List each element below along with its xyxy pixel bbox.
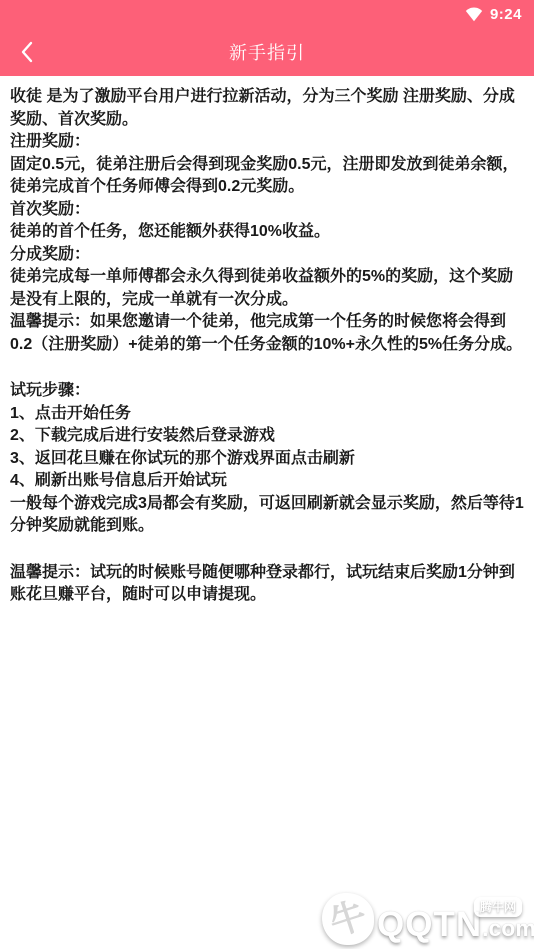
section-trial-tip: 温馨提示：试玩的时候账号随便哪种登录都行，试玩结束后奖励1分钟到账花旦赚平台，随… — [10, 562, 524, 607]
page-title: 新手指引 — [229, 39, 305, 65]
watermark-logo-glyph: 牛 — [325, 896, 370, 941]
paragraph: 徒弟完成每一单师傅都会永久得到徒弟收益额外的5%的奖励，这个奖励是没有上限的，完… — [10, 266, 524, 311]
paragraph: 1、点击开始任务 — [10, 403, 524, 426]
status-time: 9:24 — [490, 6, 522, 23]
paragraph: 一般每个游戏完成3局都会有奖励，可返回刷新就会显示奖励，然后等待1分钟奖励就能到… — [10, 493, 524, 538]
watermark: 牛 QQTN.com 腾牛网 — [320, 869, 534, 949]
guide-content: 收徒 是为了激励平台用户进行拉新活动，分为三个奖励 注册奖励、分成奖励、首次奖励… — [0, 76, 534, 607]
watermark-tld: .com — [482, 915, 534, 941]
paragraph: 分成奖励： — [10, 244, 524, 267]
paragraph: 3、返回花旦赚在你试玩的那个游戏界面点击刷新 — [10, 448, 524, 471]
nav-bar: 新手指引 — [0, 28, 534, 76]
watermark-site-name: QQTN — [377, 905, 482, 944]
watermark-badge: 腾牛网 — [474, 897, 522, 917]
section-invite-rewards: 收徒 是为了激励平台用户进行拉新活动，分为三个奖励 注册奖励、分成奖励、首次奖励… — [10, 86, 524, 356]
paragraph: 首次奖励： — [10, 199, 524, 222]
chevron-left-icon — [17, 39, 39, 65]
top-bar: 9:24 新手指引 — [0, 0, 534, 76]
watermark-text: QQTN.com — [377, 905, 534, 945]
paragraph: 收徒 是为了激励平台用户进行拉新活动，分为三个奖励 注册奖励、分成奖励、首次奖励… — [10, 86, 524, 131]
paragraph: 4、刷新出账号信息后开始试玩 — [10, 470, 524, 493]
paragraph: 徒弟的首个任务，您还能额外获得10%收益。 — [10, 221, 524, 244]
section-trial-steps: 试玩步骤： 1、点击开始任务 2、下载完成后进行安装然后登录游戏 3、返回花旦赚… — [10, 380, 524, 538]
status-bar: 9:24 — [0, 0, 534, 28]
wifi-icon — [465, 6, 483, 22]
paragraph: 温馨提示：如果您邀请一个徒弟，他完成第一个任务的时候您将会得到0.2（注册奖励）… — [10, 311, 524, 356]
paragraph: 温馨提示：试玩的时候账号随便哪种登录都行，试玩结束后奖励1分钟到账花旦赚平台，随… — [10, 562, 524, 607]
qqtn-logo-icon: 牛 — [322, 893, 374, 945]
paragraph: 固定0.5元，徒弟注册后会得到现金奖励0.5元，注册即发放到徒弟余额，徒弟完成首… — [10, 154, 524, 199]
back-button[interactable] — [8, 32, 48, 72]
paragraph: 试玩步骤： — [10, 380, 524, 403]
paragraph: 注册奖励： — [10, 131, 524, 154]
paragraph: 2、下载完成后进行安装然后登录游戏 — [10, 425, 524, 448]
